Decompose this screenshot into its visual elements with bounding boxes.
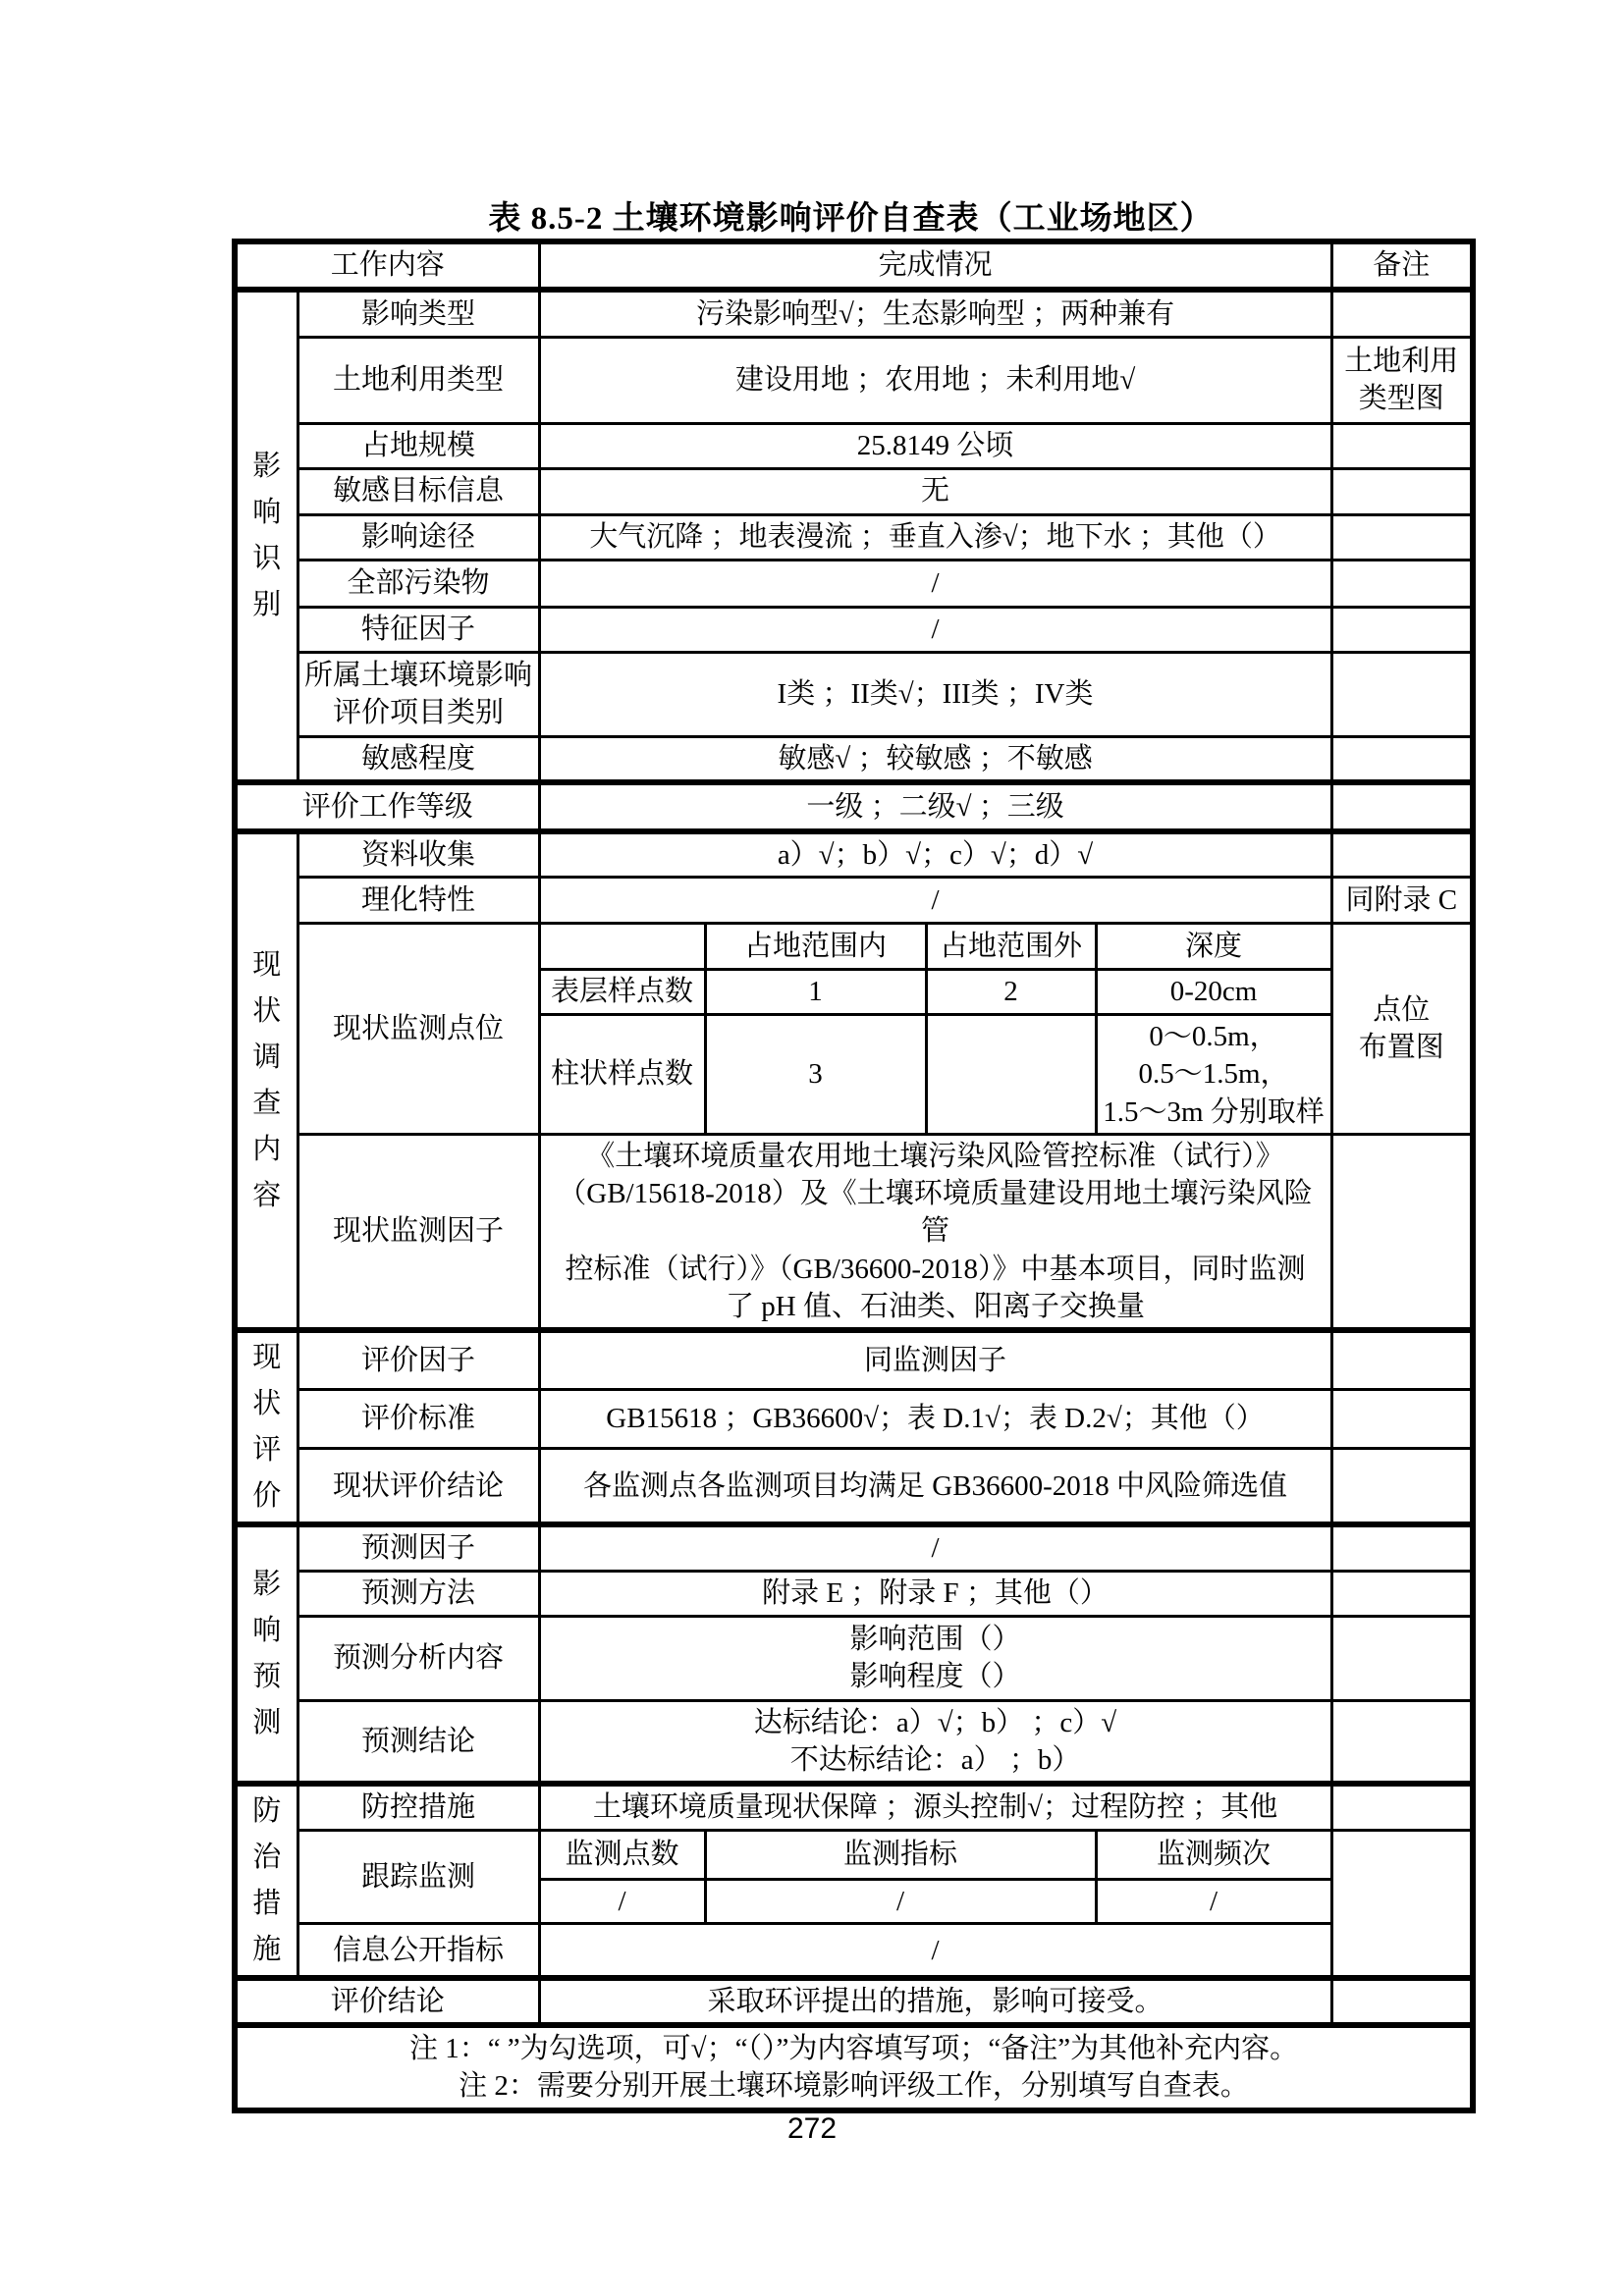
assessment-standard-label: 评价标准 [298, 1389, 539, 1448]
group-impact-prediction-label: 影响预测 [250, 1562, 283, 1746]
tracking-monitoring-col-indicators: 监测指标 [705, 1830, 1096, 1880]
row-prediction-factors: 影响预测 预测因子 / [235, 1524, 1473, 1571]
surface-samples-inside: 1 [705, 970, 926, 1015]
tracking-monitoring-points-value: / [539, 1880, 705, 1924]
physicochemical-remark: 同附录 C [1331, 878, 1473, 924]
work-level-value: 一级 ；二级√ ；三级 [539, 782, 1331, 831]
prediction-content-remark [1331, 1616, 1473, 1700]
monitoring-factors-value: 《土壤环境质量农用地土壤污染风险管控标准（试行）》 （GB/15618-2018… [539, 1134, 1331, 1330]
header-remark: 备注 [1331, 241, 1473, 290]
page-number: 272 [0, 2112, 1624, 2146]
monitoring-points-col-outside: 占地范围外 [926, 924, 1096, 970]
row-info-disclosure: 信息公开指标 / [235, 1924, 1473, 1978]
group-status-survey-label: 现状调查内容 [250, 942, 283, 1219]
row-impact-pathway: 影响途径 大气沉降 ；地表漫流 ；垂直入渗√；地下水 ；其他（） [235, 514, 1473, 560]
assessment-standard-value: GB15618 ；GB36600√；表 D.1√；表 D.2√；其他（） [539, 1389, 1331, 1448]
all-pollutants-remark [1331, 560, 1473, 607]
row-data-collection: 现状调查内容 资料收集 a）√；b）√；c）√；d）√ [235, 831, 1473, 878]
row-assessment-factors: 现状评价 评价因子 同监测因子 [235, 1330, 1473, 1389]
info-disclosure-label: 信息公开指标 [298, 1924, 539, 1978]
prediction-content-label: 预测分析内容 [298, 1616, 539, 1700]
land-area-value: 25.8149 公顷 [539, 423, 1331, 468]
row-control-measures: 防治措施 防控措施 土壤环境质量现状保障 ；源头控制√；过程防控 ；其他 [235, 1784, 1473, 1830]
prediction-factors-remark [1331, 1524, 1473, 1571]
prediction-conclusion-label: 预测结论 [298, 1700, 539, 1784]
info-disclosure-value: / [539, 1924, 1331, 1978]
row-assessment-standard: 评价标准 GB15618 ；GB36600√；表 D.1√；表 D.2√；其他（… [235, 1389, 1473, 1448]
group-status-assessment: 现状评价 [235, 1330, 298, 1524]
monitoring-points-col-inside: 占地范围内 [705, 924, 926, 970]
prediction-method-remark [1331, 1571, 1473, 1616]
group-prevention-measures: 防治措施 [235, 1784, 298, 1978]
project-category-value: I类 ；II类√；III类 ；IV类 [539, 652, 1331, 736]
tracking-monitoring-remark [1331, 1830, 1473, 1978]
impact-type-value: 污染影响型√；生态影响型 ；两种兼有 [539, 290, 1331, 337]
control-measures-label: 防控措施 [298, 1784, 539, 1830]
assessment-standard-remark [1331, 1389, 1473, 1448]
impact-pathway-remark [1331, 514, 1473, 560]
control-measures-value: 土壤环境质量现状保障 ；源头控制√；过程防控 ；其他 [539, 1784, 1331, 1830]
header-completion: 完成情况 [539, 241, 1331, 290]
land-area-remark [1331, 423, 1473, 468]
row-project-category: 所属土壤环境影响评价项目类别 I类 ；II类√；III类 ；IV类 [235, 652, 1473, 736]
row-prediction-method: 预测方法 附录 E ；附录 F ；其他（） [235, 1571, 1473, 1616]
column-samples-label: 柱状样点数 [539, 1015, 705, 1135]
row-final-conclusion: 评价结论 采取环评提出的措施，影响可接受。 [235, 1978, 1473, 2025]
monitoring-points-col-depth: 深度 [1096, 924, 1331, 970]
prediction-method-label: 预测方法 [298, 1571, 539, 1616]
land-area-label: 占地规模 [298, 423, 539, 468]
tracking-monitoring-indicators-value: / [705, 1880, 1096, 1924]
row-physicochemical: 理化特性 / 同附录 C [235, 878, 1473, 924]
sensitivity-remark [1331, 736, 1473, 782]
row-tracking-monitoring-header: 跟踪监测 监测点数 监测指标 监测频次 [235, 1830, 1473, 1880]
prediction-factors-label: 预测因子 [298, 1524, 539, 1571]
table-title: 表 8.5-2 土壤环境影响评价自查表（工业场地区） [232, 192, 1470, 239]
characteristic-factors-value: / [539, 607, 1331, 652]
work-level-remark [1331, 782, 1473, 831]
soil-eia-selfcheck-table: 工作内容 完成情况 备注 影响识别 影响类型 污染影响型√；生态影响型 ；两种兼… [232, 239, 1476, 2113]
assessment-factors-remark [1331, 1330, 1473, 1389]
project-category-label: 所属土壤环境影响评价项目类别 [298, 652, 539, 736]
group-impact-identification: 影响识别 [235, 290, 298, 782]
characteristic-factors-remark [1331, 607, 1473, 652]
surface-samples-outside: 2 [926, 970, 1096, 1015]
prediction-content-value: 影响范围（） 影响程度（） [539, 1616, 1331, 1700]
land-use-type-label: 土地利用类型 [298, 337, 539, 423]
assessment-factors-label: 评价因子 [298, 1330, 539, 1389]
monitoring-points-remark: 点位 布置图 [1331, 924, 1473, 1135]
monitoring-factors-label: 现状监测因子 [298, 1134, 539, 1330]
final-conclusion-value: 采取环评提出的措施，影响可接受。 [539, 1978, 1331, 2025]
final-conclusion-label: 评价结论 [235, 1978, 539, 2025]
assessment-conclusion-label: 现状评价结论 [298, 1449, 539, 1524]
sensitive-target-label: 敏感目标信息 [298, 468, 539, 514]
row-sensitivity: 敏感程度 敏感√ ；较敏感 ；不敏感 [235, 736, 1473, 782]
work-level-label: 评价工作等级 [235, 782, 539, 831]
group-status-assessment-label: 现状评价 [250, 1335, 283, 1520]
physicochemical-value: / [539, 878, 1331, 924]
group-impact-identification-label: 影响识别 [250, 444, 283, 628]
row-monitoring-points-header: 现状监测点位 占地范围内 占地范围外 深度 点位 布置图 [235, 924, 1473, 970]
group-status-survey: 现状调查内容 [235, 831, 298, 1330]
tracking-monitoring-label: 跟踪监测 [298, 1830, 539, 1924]
row-assessment-conclusion: 现状评价结论 各监测点各监测项目均满足 GB36600-2018 中风险筛选值 [235, 1449, 1473, 1524]
row-land-area: 占地规模 25.8149 公顷 [235, 423, 1473, 468]
column-samples-outside [926, 1015, 1096, 1135]
row-sensitive-target: 敏感目标信息 无 [235, 468, 1473, 514]
prediction-conclusion-remark [1331, 1700, 1473, 1784]
all-pollutants-label: 全部污染物 [298, 560, 539, 607]
tracking-monitoring-col-points: 监测点数 [539, 1830, 705, 1880]
monitoring-points-blank-cell [539, 924, 705, 970]
prediction-factors-value: / [539, 1524, 1331, 1571]
final-conclusion-remark [1331, 1978, 1473, 2025]
row-impact-type: 影响识别 影响类型 污染影响型√；生态影响型 ；两种兼有 [235, 290, 1473, 337]
group-impact-prediction: 影响预测 [235, 1524, 298, 1784]
physicochemical-label: 理化特性 [298, 878, 539, 924]
row-prediction-content: 预测分析内容 影响范围（） 影响程度（） [235, 1616, 1473, 1700]
column-samples-depth: 0～0.5m， 0.5～1.5m， 1.5～3m 分别取样 [1096, 1015, 1331, 1135]
monitoring-factors-remark [1331, 1134, 1473, 1330]
column-samples-inside: 3 [705, 1015, 926, 1135]
impact-pathway-value: 大气沉降 ；地表漫流 ；垂直入渗√；地下水 ；其他（） [539, 514, 1331, 560]
land-use-type-value: 建设用地 ；农用地 ；未利用地√ [539, 337, 1331, 423]
impact-pathway-label: 影响途径 [298, 514, 539, 560]
row-work-level: 评价工作等级 一级 ；二级√ ；三级 [235, 782, 1473, 831]
sensitive-target-value: 无 [539, 468, 1331, 514]
control-measures-remark [1331, 1784, 1473, 1830]
row-characteristic-factors: 特征因子 / [235, 607, 1473, 652]
assessment-conclusion-remark [1331, 1449, 1473, 1524]
row-notes: 注 1：“ ”为勾选项，可√；“（）”为内容填写项；“备注”为其他补充内容。 注… [235, 2025, 1473, 2110]
row-land-use-type: 土地利用类型 建设用地 ；农用地 ；未利用地√ 土地利用 类型图 [235, 337, 1473, 423]
impact-type-remark [1331, 290, 1473, 337]
prediction-conclusion-value: 达标结论：a）√；b） ；c）√ 不达标结论：a） ；b） [539, 1700, 1331, 1784]
surface-samples-label: 表层样点数 [539, 970, 705, 1015]
group-prevention-measures-label: 防治措施 [250, 1789, 283, 1973]
prediction-method-value: 附录 E ；附录 F ；其他（） [539, 1571, 1331, 1616]
assessment-conclusion-value: 各监测点各监测项目均满足 GB36600-2018 中风险筛选值 [539, 1449, 1331, 1524]
tracking-monitoring-col-frequency: 监测频次 [1096, 1830, 1331, 1880]
assessment-factors-value: 同监测因子 [539, 1330, 1331, 1389]
table-header-row: 工作内容 完成情况 备注 [235, 241, 1473, 290]
data-collection-remark [1331, 831, 1473, 878]
tracking-monitoring-frequency-value: / [1096, 1880, 1331, 1924]
land-use-type-remark: 土地利用 类型图 [1331, 337, 1473, 423]
project-category-remark [1331, 652, 1473, 736]
row-prediction-conclusion: 预测结论 达标结论：a）√；b） ；c）√ 不达标结论：a） ；b） [235, 1700, 1473, 1784]
characteristic-factors-label: 特征因子 [298, 607, 539, 652]
sensitivity-value: 敏感√ ；较敏感 ；不敏感 [539, 736, 1331, 782]
sensitive-target-remark [1331, 468, 1473, 514]
table-notes: 注 1：“ ”为勾选项，可√；“（）”为内容填写项；“备注”为其他补充内容。 注… [235, 2025, 1473, 2110]
row-all-pollutants: 全部污染物 / [235, 560, 1473, 607]
impact-type-label: 影响类型 [298, 290, 539, 337]
all-pollutants-value: / [539, 560, 1331, 607]
data-collection-label: 资料收集 [298, 831, 539, 878]
monitoring-points-label: 现状监测点位 [298, 924, 539, 1135]
sensitivity-label: 敏感程度 [298, 736, 539, 782]
data-collection-value: a）√；b）√；c）√；d）√ [539, 831, 1331, 878]
row-monitoring-factors: 现状监测因子 《土壤环境质量农用地土壤污染风险管控标准（试行）》 （GB/156… [235, 1134, 1473, 1330]
surface-samples-depth: 0-20cm [1096, 970, 1331, 1015]
header-work-content: 工作内容 [235, 241, 539, 290]
